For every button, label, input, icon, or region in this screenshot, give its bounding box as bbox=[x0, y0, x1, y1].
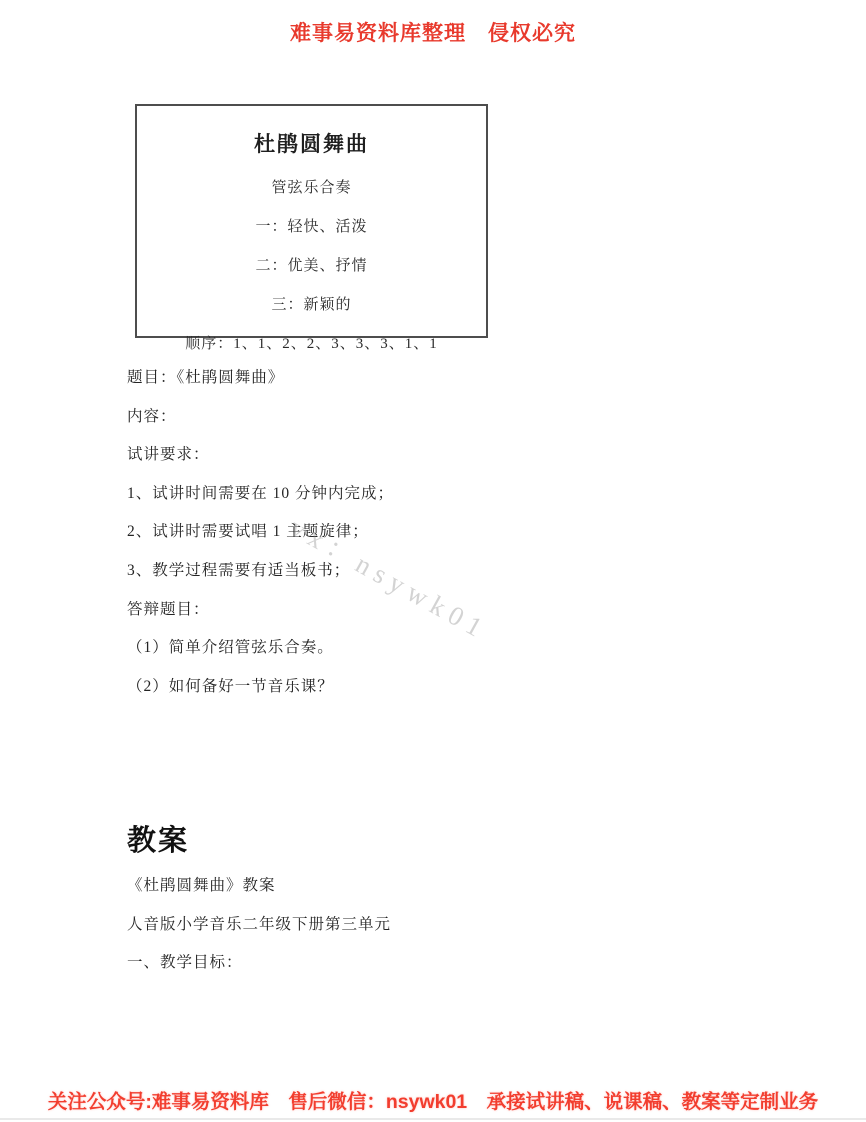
board-line-order: 顺序：1、1、2、2、3、3、3、1、1 bbox=[137, 332, 486, 353]
lesson-line-title: 《杜鹃圆舞曲》教案 bbox=[127, 867, 747, 906]
board-title: 杜鹃圆舞曲 bbox=[137, 128, 486, 158]
top-red-banner: 难事易资料库整理 侵权必究 bbox=[0, 17, 866, 47]
brief-line-title: 题目：《杜鹃圆舞曲》 bbox=[127, 359, 747, 398]
exam-brief: 题目：《杜鹃圆舞曲》 内容： 试讲要求： 1、试讲时间需要在 10 分钟内完成；… bbox=[127, 359, 747, 706]
brief-line-q1: （1）简单介绍管弦乐合奏。 bbox=[127, 629, 747, 668]
document-page: 难事易资料库整理 侵权必究 杜鹃圆舞曲 管弦乐合奏 一：轻快、活泼 二：优美、抒… bbox=[0, 0, 866, 1122]
brief-line-content: 内容： bbox=[127, 398, 747, 437]
lesson-line-objectives: 一、教学目标： bbox=[127, 944, 747, 983]
lesson-line-unit: 人音版小学音乐二年级下册第三单元 bbox=[127, 906, 747, 945]
brief-line-req1: 1、试讲时间需要在 10 分钟内完成； bbox=[127, 475, 747, 514]
brief-line-defense: 答辩题目： bbox=[127, 591, 747, 630]
board-line-theme1: 一：轻快、活泼 bbox=[137, 215, 486, 236]
lesson-plan-intro: 《杜鹃圆舞曲》教案 人音版小学音乐二年级下册第三单元 一、教学目标： bbox=[127, 867, 747, 983]
board-line-theme2: 二：优美、抒情 bbox=[137, 254, 486, 275]
brief-line-req3: 3、教学过程需要有适当板书； bbox=[127, 552, 747, 591]
blackboard-box: 杜鹃圆舞曲 管弦乐合奏 一：轻快、活泼 二：优美、抒情 三：新颖的 顺序：1、1… bbox=[135, 104, 488, 338]
board-line-theme3: 三：新颖的 bbox=[137, 293, 486, 314]
lesson-plan-heading: 教案 bbox=[127, 818, 189, 859]
bottom-red-banner: 关注公众号:难事易资料库 售后微信：nsywk01 承接试讲稿、说课稿、教案等定… bbox=[0, 1086, 866, 1120]
brief-line-requirements: 试讲要求： bbox=[127, 436, 747, 475]
brief-line-q2: （2）如何备好一节音乐课？ bbox=[127, 668, 747, 707]
board-line-ensemble: 管弦乐合奏 bbox=[137, 176, 486, 197]
brief-line-req2: 2、试讲时需要试唱 1 主题旋律； bbox=[127, 513, 747, 552]
